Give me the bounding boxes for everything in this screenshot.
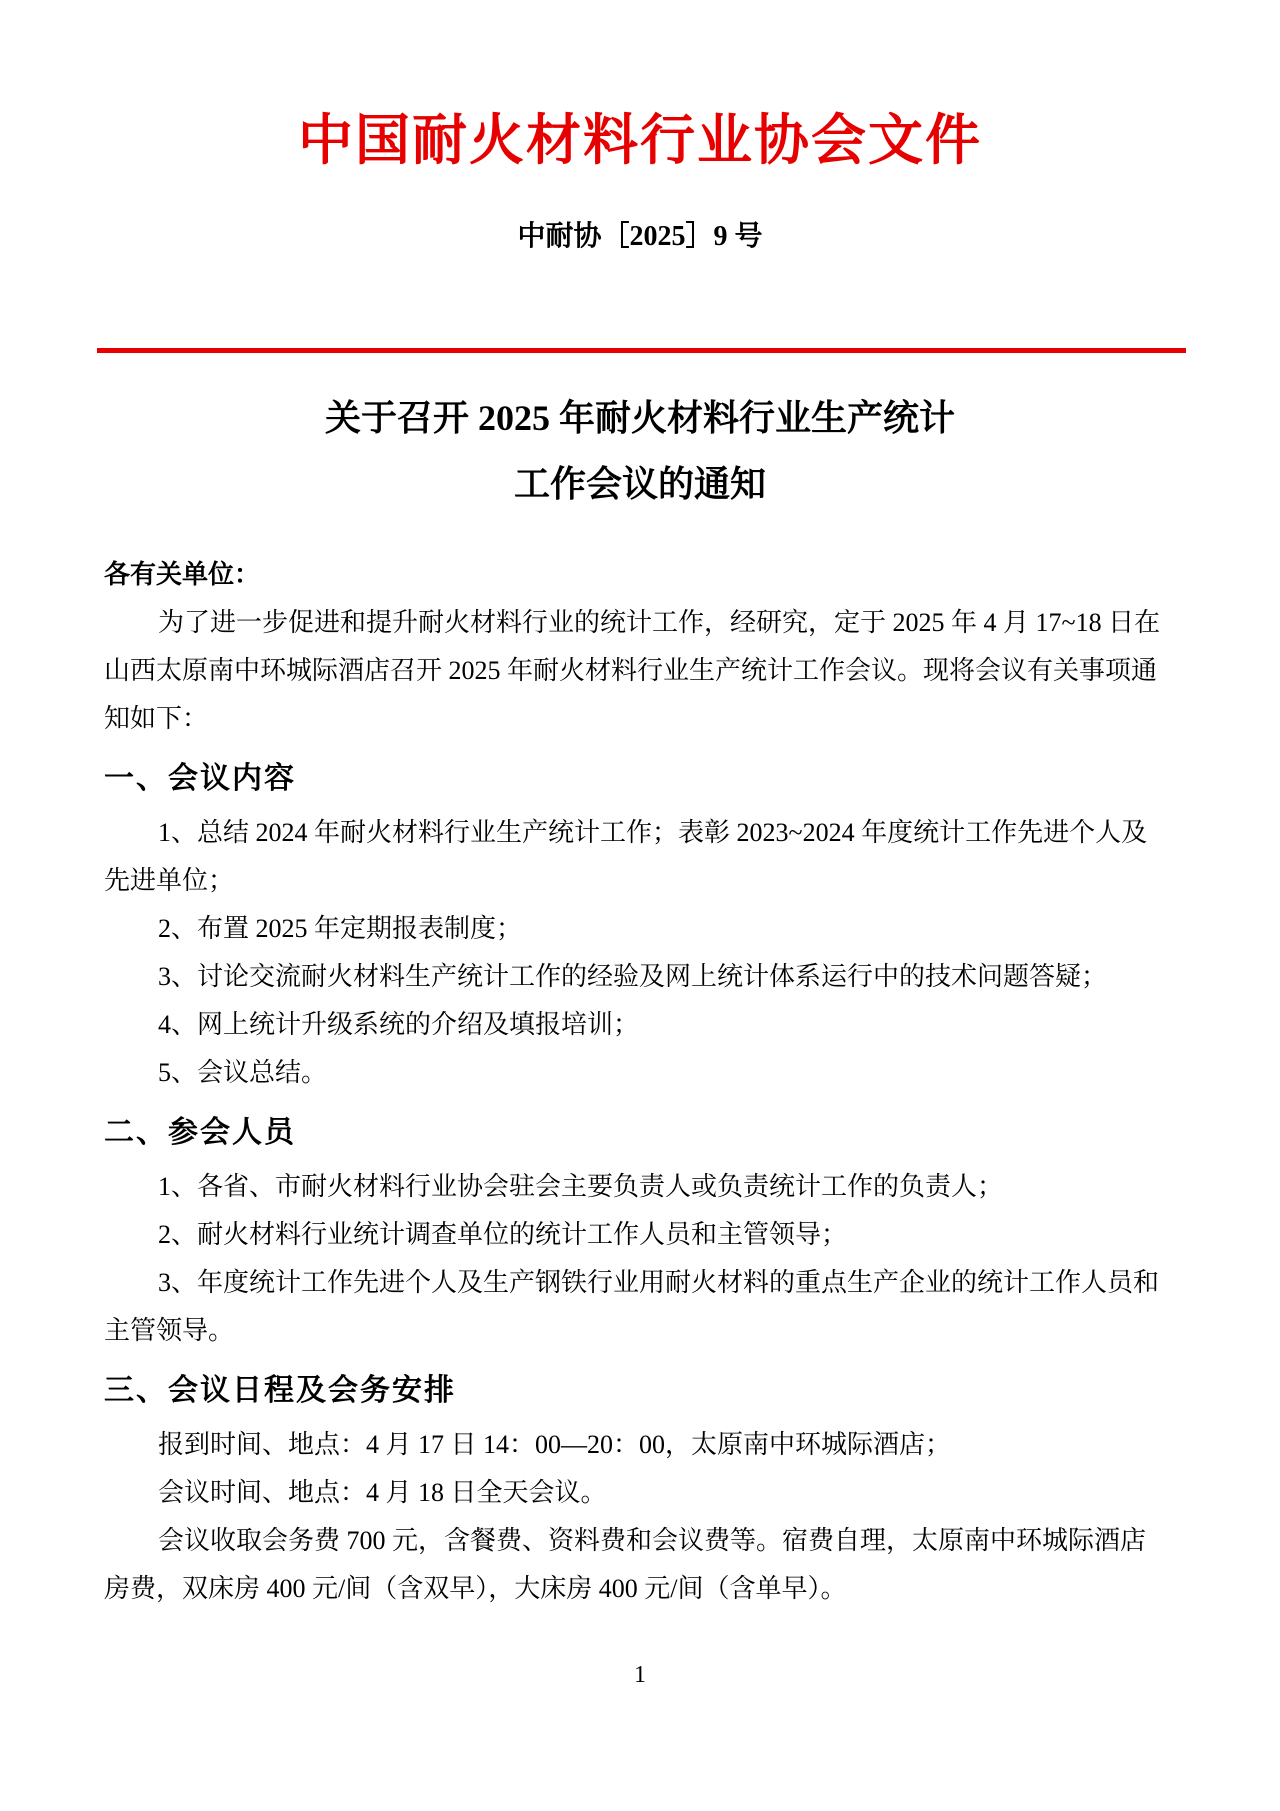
salutation: 各有关单位：: [104, 551, 1188, 599]
intro-line: 为了进一步促进和提升耐火材料行业的统计工作，经研究，定于 2025 年 4 月 …: [104, 599, 1188, 647]
org-header-title: 中国耐火材料行业协会文件: [0, 0, 1280, 170]
notice-title: 关于召开 2025 年耐火材料行业生产统计 工作会议的通知: [0, 385, 1280, 517]
notice-title-line2: 工作会议的通知: [0, 451, 1280, 517]
section-heading-schedule: 三、会议日程及会务安排: [104, 1365, 1188, 1417]
section-heading-content: 一、会议内容: [104, 753, 1188, 805]
attendees-item: 2、耐火材料行业统计调查单位的统计工作人员和主管领导；: [104, 1211, 1188, 1259]
red-divider-line: [97, 348, 1186, 353]
content-item: 1、总结 2024 年耐火材料行业生产统计工作；表彰 2023~2024 年度统…: [104, 809, 1188, 857]
schedule-fee: 会议收取会务费 700 元，含餐费、资料费和会议费等。宿费自理，太原南中环城际酒…: [104, 1517, 1188, 1565]
content-item: 4、网上统计升级系统的介绍及填报培训；: [104, 1001, 1188, 1049]
section-heading-attendees: 二、参会人员: [104, 1107, 1188, 1159]
intro-line: 知如下：: [104, 695, 1188, 743]
attendees-item: 3、年度统计工作先进个人及生产钢铁行业用耐火材料的重点生产企业的统计工作人员和: [104, 1259, 1188, 1307]
notice-body: 各有关单位： 为了进一步促进和提升耐火材料行业的统计工作，经研究，定于 2025…: [104, 551, 1188, 1613]
schedule-fee-wrap: 房费，双床房 400 元/间（含双早），大床房 400 元/间（含单早）。: [104, 1565, 1188, 1613]
schedule-meeting: 会议时间、地点：4 月 18 日全天会议。: [104, 1469, 1188, 1517]
document-page: 中国耐火材料行业协会文件 中耐协［2025］9 号 关于召开 2025 年耐火材…: [0, 0, 1280, 1811]
content-item: 3、讨论交流耐火材料生产统计工作的经验及网上统计体系运行中的技术问题答疑；: [104, 953, 1188, 1001]
intro-line: 山西太原南中环城际酒店召开 2025 年耐火材料行业生产统计工作会议。现将会议有…: [104, 647, 1188, 695]
document-number: 中耐协［2025］9 号: [0, 220, 1280, 254]
schedule-registration: 报到时间、地点：4 月 17 日 14：00—20：00，太原南中环城际酒店；: [104, 1421, 1188, 1469]
attendees-item: 1、各省、市耐火材料行业协会驻会主要负责人或负责统计工作的负责人；: [104, 1163, 1188, 1211]
attendees-item-wrap: 主管领导。: [104, 1307, 1188, 1355]
content-item: 2、布置 2025 年定期报表制度；: [104, 905, 1188, 953]
content-item-wrap: 先进单位；: [104, 857, 1188, 905]
notice-title-line1: 关于召开 2025 年耐火材料行业生产统计: [0, 385, 1280, 451]
content-item: 5、会议总结。: [104, 1049, 1188, 1097]
page-number: 1: [0, 1661, 1280, 1689]
